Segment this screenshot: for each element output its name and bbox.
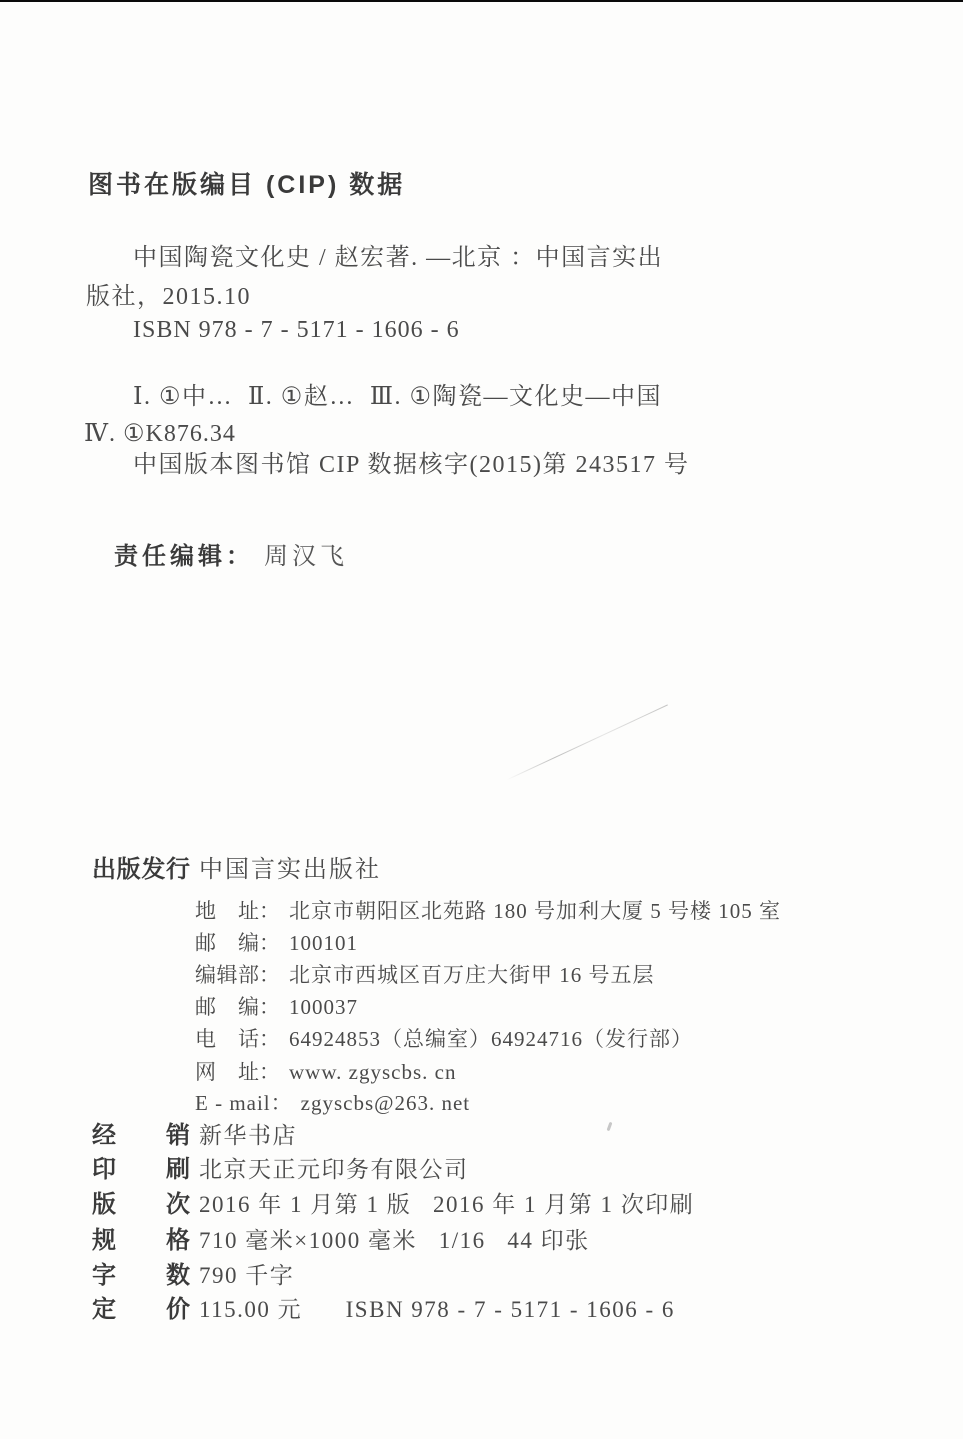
detail-label: 编辑部	[195, 963, 259, 988]
detail-label: E - mail	[195, 1091, 271, 1116]
detail-row-email: E - mail：zgyscbs@263. net	[195, 1091, 470, 1116]
detail-value: 64924853（总编室）64924716（发行部）	[289, 1027, 693, 1052]
scan-top-edge	[0, 0, 963, 2]
spec-label: 版次	[92, 1191, 190, 1220]
detail-row-address: 地址：北京市朝阳区北苑路 180 号加利大厦 5 号楼 105 室	[195, 899, 781, 924]
detail-colon: ：	[259, 995, 280, 1020]
spec-row-format: 规格 710 毫米×1000 毫米 1/16 44 印张	[92, 1227, 590, 1256]
detail-colon: ：	[259, 963, 280, 988]
spec-label: 印刷	[92, 1156, 190, 1185]
spec-row-edition: 版次 2016 年 1 月第 1 版 2016 年 1 月第 1 次印刷	[92, 1191, 694, 1220]
detail-colon: ：	[259, 899, 280, 924]
spec-label: 定价	[92, 1296, 190, 1325]
spec-value: 115.00 元 ISBN 978 - 7 - 5171 - 1606 - 6	[199, 1296, 675, 1324]
spec-row-wordcount: 字数 790 千字	[92, 1262, 294, 1291]
publisher-name: 中国言实出版社	[199, 856, 381, 885]
cip-entry-line-2: 版社，2015.10	[86, 282, 251, 312]
detail-value: 北京市朝阳区北苑路 180 号加利大厦 5 号楼 105 室	[289, 899, 781, 924]
detail-value: www. zgyscbs. cn	[289, 1060, 456, 1085]
detail-row-zipcode-2: 邮编：100037	[195, 995, 358, 1020]
editor-row: 责任编辑：周汉飞	[90, 512, 348, 602]
cip-entry-line-1: 中国陶瓷文化史 / 赵宏著. —北京 ：中国言实出	[133, 243, 663, 273]
detail-row-zipcode: 邮编：100101	[195, 931, 358, 956]
publisher-label: 出版发行	[92, 856, 190, 885]
detail-label: 邮编	[195, 931, 259, 956]
spec-label: 规格	[92, 1227, 190, 1256]
cip-record-line: 中国版本图书馆 CIP 数据核字(2015)第 243517 号	[133, 450, 689, 480]
detail-colon: ：	[271, 1091, 292, 1116]
detail-row-website: 网址：www. zgyscbs. cn	[195, 1060, 456, 1085]
detail-value: 北京市西城区百万庄大街甲 16 号五层	[289, 963, 655, 988]
detail-value: zgyscbs@263. net	[301, 1091, 470, 1116]
spec-row-price: 定价 115.00 元 ISBN 978 - 7 - 5171 - 1606 -…	[92, 1296, 675, 1325]
detail-label: 邮编	[195, 995, 259, 1020]
cip-classification-line-2: Ⅳ. ①K876.34	[84, 419, 236, 449]
book-copyright-page: 图书在版编目 (CIP) 数据 中国陶瓷文化史 / 赵宏著. —北京 ：中国言实…	[0, 0, 963, 1439]
editor-name: 周汉飞	[264, 544, 348, 570]
cip-isbn-line: ISBN 978 - 7 - 5171 - 1606 - 6	[133, 315, 460, 345]
detail-colon: ：	[259, 1060, 280, 1085]
detail-row-phone: 电话：64924853（总编室）64924716（发行部）	[195, 1027, 693, 1052]
detail-value: 100101	[289, 931, 358, 956]
detail-row-editorial-dept: 编辑部：北京市西城区百万庄大街甲 16 号五层	[195, 963, 655, 988]
detail-label: 网址	[195, 1060, 259, 1085]
editor-label: 责任编辑：	[114, 543, 254, 570]
cip-header: 图书在版编目 (CIP) 数据	[88, 170, 405, 201]
detail-colon: ：	[259, 1027, 280, 1052]
scan-speck	[607, 1122, 613, 1131]
publisher-row: 出版发行 中国言实出版社	[92, 856, 381, 885]
spec-value: 790 千字	[199, 1262, 294, 1290]
cip-classification-line-1: Ⅰ. ①中… Ⅱ. ①赵… Ⅲ. ①陶瓷—文化史—中国	[133, 382, 662, 412]
detail-label: 地址	[195, 899, 259, 924]
detail-label: 电话	[195, 1027, 259, 1052]
spec-value: 新华书店	[199, 1122, 297, 1150]
spec-label: 字数	[92, 1262, 190, 1291]
spec-value: 710 毫米×1000 毫米 1/16 44 印张	[199, 1227, 590, 1255]
spec-label: 经销	[92, 1122, 190, 1151]
detail-colon: ：	[259, 931, 280, 956]
detail-value: 100037	[289, 995, 358, 1020]
spec-value: 北京天正元印务有限公司	[199, 1156, 469, 1184]
spec-row-printer: 印刷 北京天正元印务有限公司	[92, 1156, 469, 1185]
scan-scratch-mark	[506, 704, 668, 780]
spec-row-distribution: 经销 新华书店	[92, 1122, 297, 1151]
spec-value: 2016 年 1 月第 1 版 2016 年 1 月第 1 次印刷	[199, 1191, 694, 1219]
